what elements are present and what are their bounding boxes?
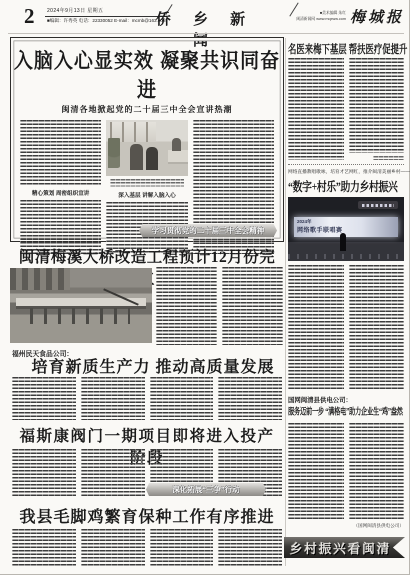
body-text-column — [288, 58, 344, 160]
date-line: 2024年9月13日 星期五 — [47, 7, 103, 14]
body-text-column — [156, 267, 217, 345]
headline-plenary: 入脑入心显实效 凝聚共识同奋进 — [11, 45, 283, 103]
header-divider — [8, 33, 404, 34]
body-text-column — [81, 449, 145, 498]
headline-village-music: “数字+村乐”助力乡村振兴 — [288, 177, 404, 195]
power-attribution: （国网闽清县供电公司） — [288, 523, 404, 529]
stage-screen: 2024年 网络歌手联唱赛 — [294, 217, 398, 237]
photo-bridge — [10, 268, 152, 343]
body-text-column — [288, 265, 344, 390]
plant — [108, 138, 120, 168]
stage-banner — [358, 201, 398, 209]
article-plenary: 入脑入心显实效 凝聚共识同奋进 闽清各地掀起党的二十届三中全会宣讲热潮 精心策划… — [10, 37, 284, 242]
body-text-block — [218, 529, 282, 566]
person-figure — [130, 144, 143, 170]
body-text-column — [349, 265, 405, 390]
village-music-body — [288, 265, 404, 390]
desk — [168, 150, 187, 162]
doctors-body — [288, 58, 404, 160]
body-text-block — [81, 529, 145, 566]
headline-doctors: 名医来梅下基层 帮扶医疗促提升 — [288, 41, 404, 57]
ribbon-rural-revitalization: 乡村振兴看闽清 — [284, 537, 405, 558]
badge-plenary-study: 学习贯彻党的二十届三中全会精神 — [139, 224, 277, 237]
singer-silhouette — [340, 233, 346, 251]
body-text-column — [218, 377, 282, 420]
banner-text-stripe — [362, 204, 394, 207]
body-text-column — [349, 423, 405, 521]
body-text-block — [156, 267, 217, 345]
body-text-column — [222, 267, 283, 345]
page-number: 2 — [24, 4, 35, 29]
body-text-block — [349, 423, 405, 521]
mintian-body — [12, 377, 282, 420]
body-text-column — [349, 58, 405, 160]
body-text-block — [20, 120, 101, 186]
body-text-column: 精心策划 周密组织宣讲 — [20, 120, 101, 254]
headline-power: 服务迈前一步 “满格电”助力企业生“鸡”盎然 — [288, 404, 404, 418]
person-figure — [172, 138, 181, 151]
power-body — [288, 423, 404, 521]
ribbon-text: 乡村振兴看闽清 — [290, 539, 392, 557]
photo-stage: 2024年 网络歌手联唱赛 — [288, 197, 404, 261]
buildings — [10, 268, 70, 290]
body-text-column — [150, 377, 214, 420]
column-separator — [285, 38, 286, 566]
subhead-plenary-mid: 深入基层 讲解入脑入心 — [106, 191, 187, 199]
body-text-column — [12, 377, 76, 420]
bridge-body — [156, 267, 283, 345]
newspaper-page: 2 2024年9月13日 星期五 ■编辑：许秀英 电话：22330052 E-m… — [0, 0, 410, 575]
body-text-block — [150, 377, 214, 420]
kicker-power: 国网闽清县供电公司： — [288, 395, 352, 404]
chicken-body — [12, 529, 282, 566]
body-text-block — [349, 265, 405, 390]
screen-text-line2: 网络歌手联唱赛 — [297, 225, 395, 234]
body-text-block — [12, 449, 76, 498]
rail-divider — [288, 164, 404, 165]
body-text-column — [12, 449, 76, 498]
body-text-block — [12, 377, 76, 420]
photo-caption — [110, 179, 185, 188]
body-text-block — [218, 377, 282, 420]
body-text-block — [222, 267, 283, 345]
body-text-block — [349, 58, 405, 153]
body-text-column — [150, 529, 214, 566]
body-text-column — [218, 529, 282, 566]
subtitle-plenary: 闽清各地掀起党的二十届三中全会宣讲热潮 — [11, 104, 283, 115]
body-text-column — [288, 423, 344, 521]
kicker-village-music: 网络直播教唱歌咏，培育才艺网红，推介闽清美丽乡村—— — [288, 169, 404, 175]
masthead-info: ■美术编辑 朱红 闽清新闻网 www.mqxww.com — [296, 10, 346, 23]
bridge-piers — [30, 308, 130, 324]
masthead-info-line2: 闽清新闻网 www.mqxww.com — [296, 16, 346, 22]
person-figure — [146, 147, 158, 170]
body-text-block — [288, 423, 344, 521]
subhead-plenary-left: 精心策划 周密组织宣讲 — [20, 189, 101, 197]
body-text-column — [81, 377, 145, 420]
masthead: 梅城报 — [350, 6, 404, 27]
body-text-block — [288, 265, 344, 390]
badge-sanzheng-action: 深化拓展“三争”行动 — [146, 483, 266, 496]
body-text-column — [81, 529, 145, 566]
body-text-block — [81, 449, 145, 498]
body-text-block — [288, 58, 344, 160]
headline-chicken: 我县毛脚鸡繁育保种工作有序推进 — [12, 504, 282, 527]
body-text-block — [81, 377, 145, 420]
byline-stripe — [373, 156, 404, 160]
body-text-block — [150, 529, 214, 566]
body-text-column — [12, 529, 76, 566]
headline-mintian: 培育新质生产力 推动高质量发展 — [24, 354, 282, 377]
body-text-block — [12, 529, 76, 566]
photo-meeting — [106, 120, 187, 176]
stage-floor-lights — [288, 254, 404, 259]
